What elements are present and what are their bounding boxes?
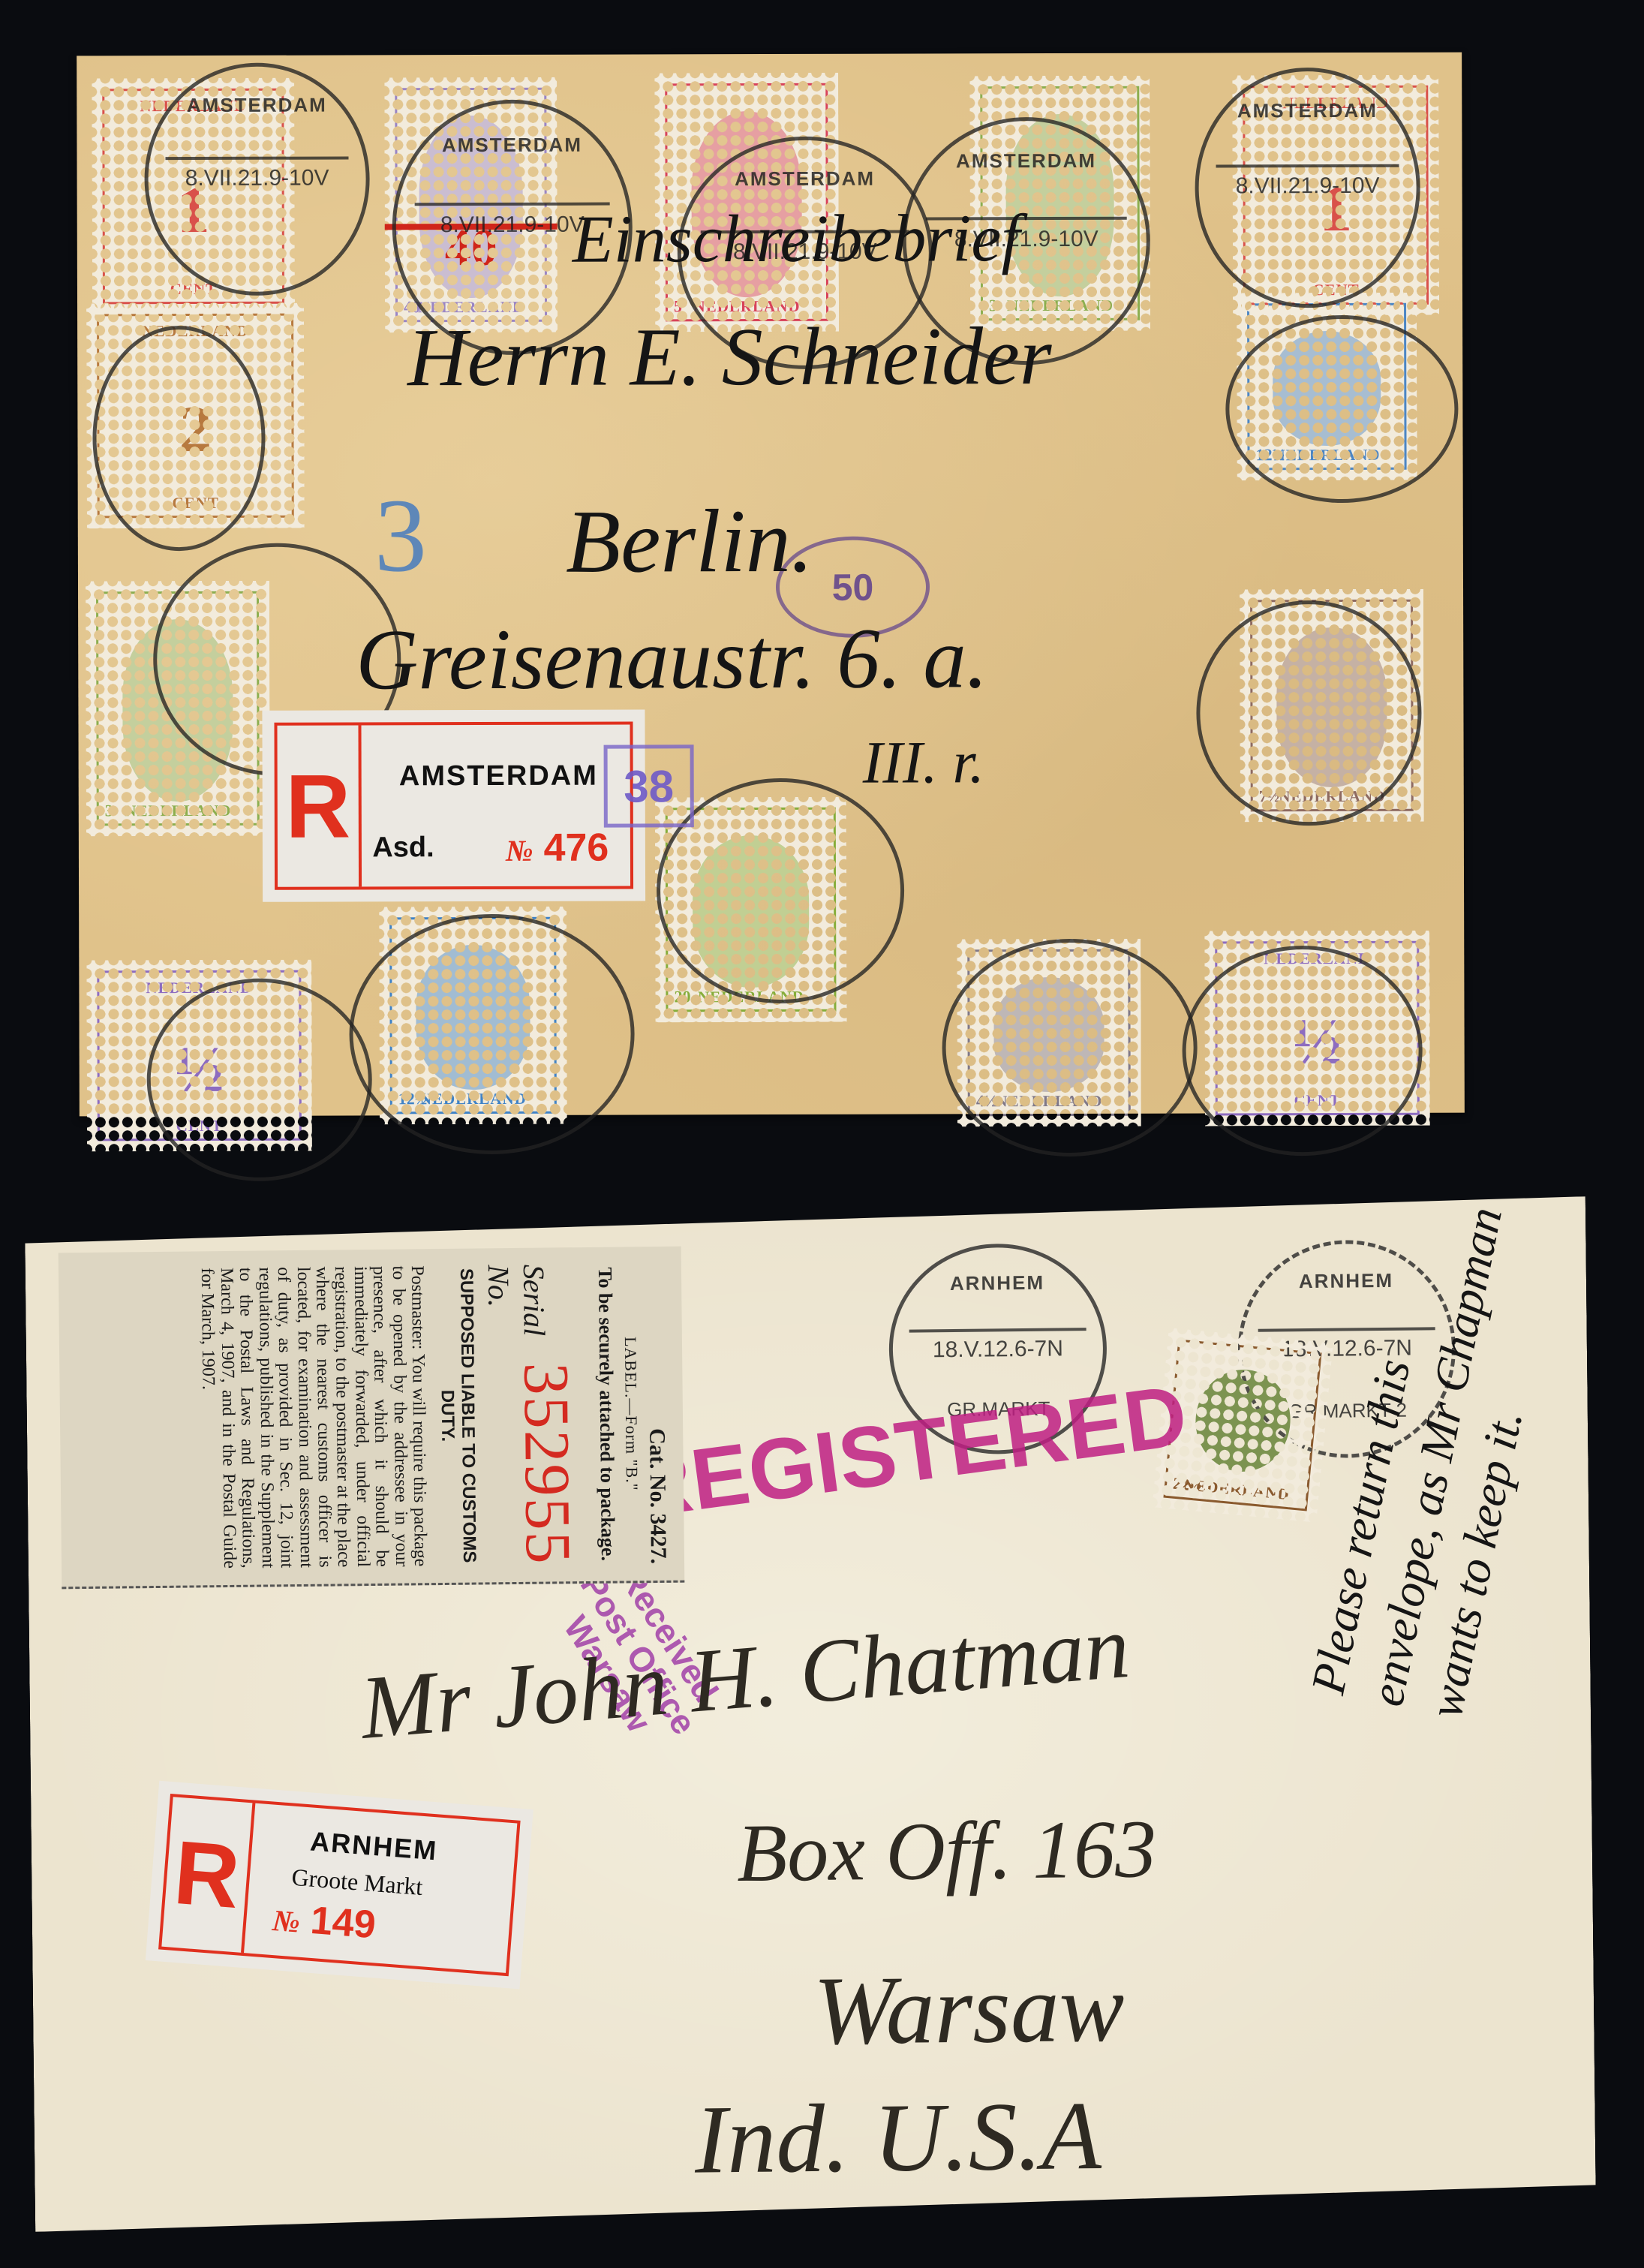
- customs-catalog: Cat. No. 3427.: [642, 1263, 671, 1564]
- customs-label: Cat. No. 3427. LABEL.—Form "B." To be se…: [59, 1247, 685, 1590]
- address-line: Greisenaustr. 6. a.: [356, 609, 988, 709]
- address-line: Ind. U.S.A: [694, 2080, 1102, 2197]
- postmark: [92, 326, 266, 552]
- registration-office: Asd.: [372, 832, 434, 864]
- registration-r: R: [277, 725, 362, 886]
- cover-amsterdam: NEDERLAND1CENT NEDERLAND4040 NEDERLAND5 …: [77, 53, 1465, 1117]
- postmark: AMSTERDAM8.VII.21.9-10V: [1195, 68, 1420, 308]
- postmark: [146, 978, 372, 1181]
- address-line: III. r.: [863, 729, 984, 797]
- postmark: [1225, 315, 1459, 504]
- registration-city: AMSTERDAM: [399, 760, 598, 793]
- registration-label: R AMSTERDAM Asd. №476: [262, 709, 645, 901]
- postmark: AMSTERDAM8.VII.21.9-10V: [144, 62, 370, 296]
- customs-serial-number: 352955: [509, 1362, 587, 1566]
- postmark: [349, 913, 635, 1154]
- postmark: [942, 939, 1198, 1157]
- address-line: Box Off. 163: [736, 1801, 1156, 1901]
- address-line: Herrn E. Schneider: [407, 308, 1052, 405]
- blue-pencil-mark: 3: [374, 475, 427, 596]
- postmark: [1182, 946, 1423, 1157]
- address-line: Warsaw: [813, 1952, 1125, 2068]
- box-handstamp: 38: [604, 744, 694, 827]
- address-line: Einschreibebrief: [573, 200, 1020, 278]
- registration-label: R ARNHEM Groote Markt №149: [146, 1781, 533, 1990]
- postmark: [1196, 600, 1422, 826]
- registration-number: 476: [543, 826, 609, 869]
- address-line: Berlin.: [566, 489, 813, 594]
